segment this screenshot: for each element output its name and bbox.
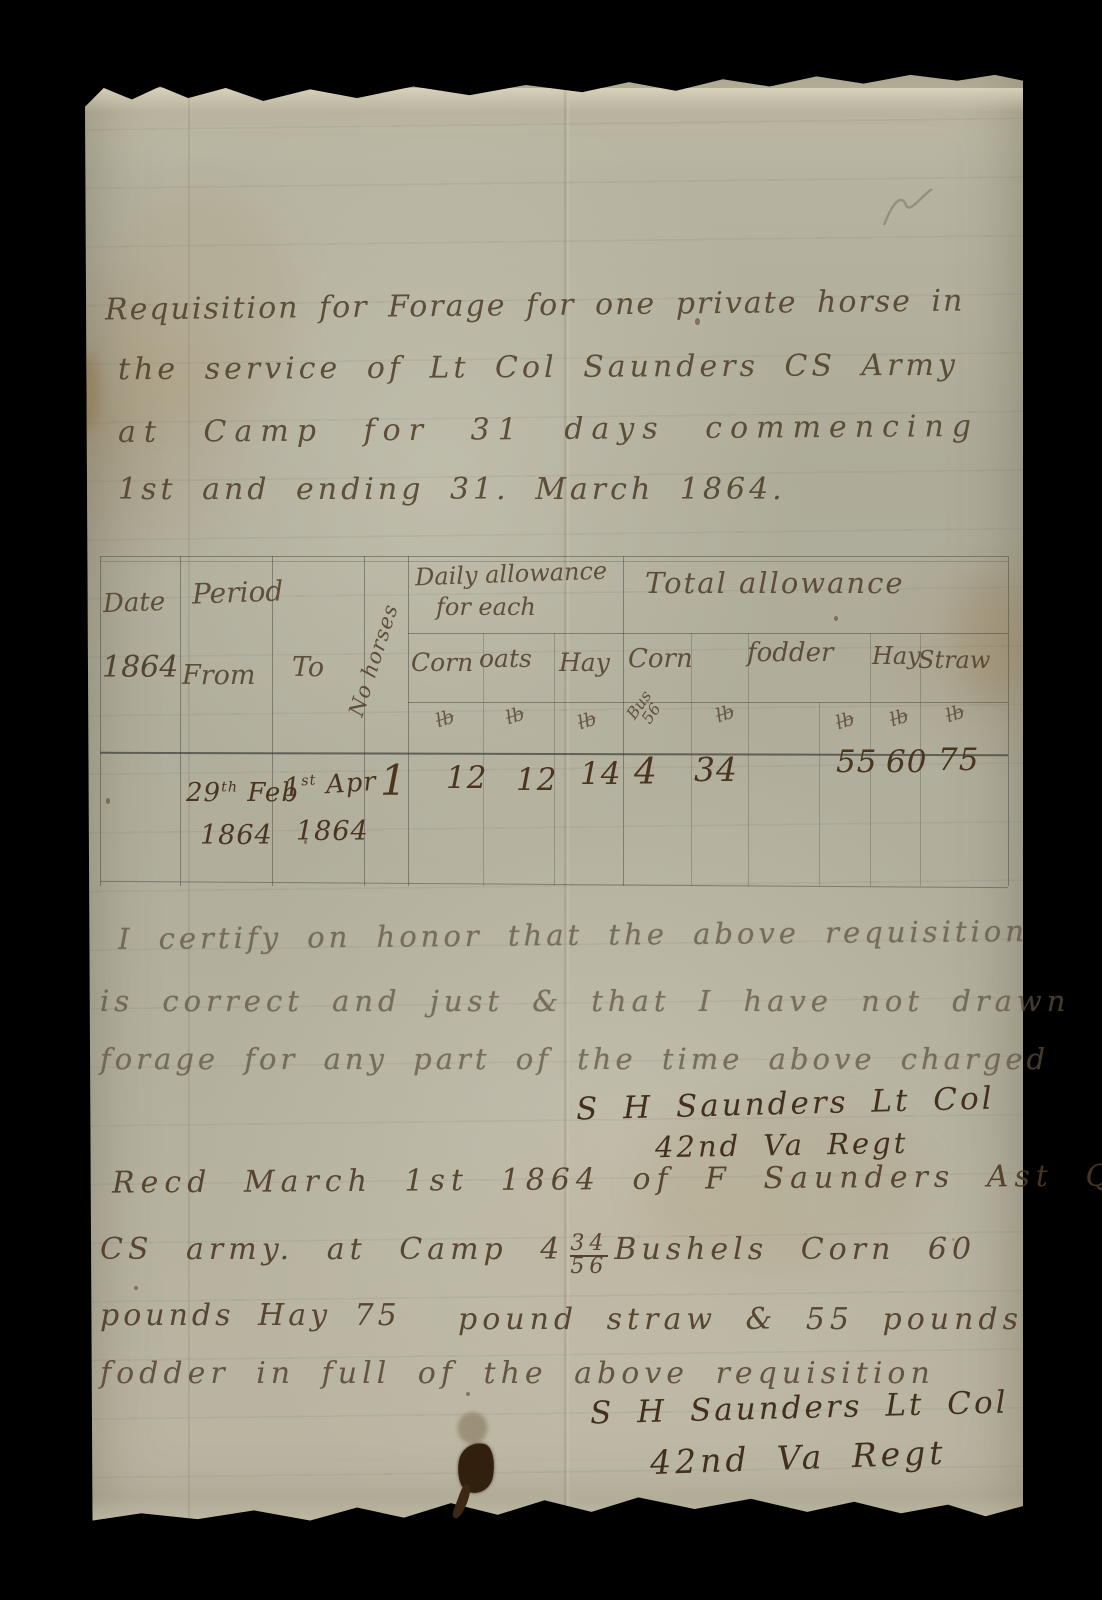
receipt-line-2-pre: CS army. at Camp 4 — [100, 1232, 564, 1267]
table-daily-hay-label: Hay — [559, 648, 610, 677]
table-total-corn-label: Corn — [628, 644, 693, 674]
table-daily-oats-label: oats — [479, 644, 532, 673]
cell-daily-oats: 12 — [516, 762, 557, 798]
table-grid-line — [408, 702, 1008, 703]
certification-line-2: is correct and just & that I have not dr… — [100, 984, 1070, 1018]
cell-total-fodder: 55 — [836, 744, 877, 780]
to-day: 1 — [283, 772, 303, 803]
table-header-total-allowance: Total allowance — [645, 566, 904, 600]
table-grid-line — [554, 633, 555, 886]
speck — [466, 1392, 470, 1396]
table-grid-line — [1008, 556, 1009, 886]
receipt-line-1: Recd March 1st 1864 of F Saunders Ast QM — [112, 1158, 1102, 1200]
table-grid-line — [408, 633, 1008, 634]
cell-total-hay: 60 — [886, 744, 927, 780]
heading-line-4: 1st and ending 31. March 1864. — [118, 472, 786, 507]
fraction-denominator: 56 — [570, 1255, 608, 1278]
table-grid-line — [408, 556, 409, 886]
table-header-date: Date — [102, 587, 165, 619]
speck — [834, 616, 838, 621]
speck — [134, 1286, 138, 1290]
heading-line-2: the service of Lt Col Saunders CS Army — [118, 348, 959, 387]
cell-period-from-year: 1864 — [200, 820, 273, 851]
fraction-numerator: 34 — [570, 1231, 608, 1256]
cell-daily-hay: 14 — [580, 756, 621, 792]
pencil-scribble — [880, 185, 936, 231]
receipt-line-3-right: pound straw & 55 pounds — [458, 1302, 1023, 1337]
table-total-straw-label: Straw — [918, 646, 990, 674]
table-grid-line — [819, 702, 820, 886]
table-grid-line — [100, 556, 1008, 557]
cell-daily-corn: 12 — [446, 760, 487, 796]
photo-stage: Requisition for Forage for one private h… — [0, 0, 1102, 1600]
table-from-label: From — [182, 660, 256, 691]
cell-period-to-year: 1864 — [296, 816, 369, 847]
cell-total-straw: 75 — [938, 742, 979, 778]
to-month: Apr — [325, 767, 378, 800]
stain — [77, 352, 99, 432]
receipt-line-2: CS army. at Camp 43456Bushels Corn 60 — [100, 1232, 976, 1278]
cell-total-corn-pounds: 34 — [694, 750, 738, 789]
from-day: 29 — [186, 778, 221, 808]
table-header-daily-allowance-2: for each — [436, 593, 536, 621]
cell-no-horses: 1 — [380, 756, 408, 805]
corn-fraction: 3456 — [570, 1234, 608, 1278]
torn-top-edge — [85, 88, 1023, 112]
heading-line-3: at Camp for 31 days commencing — [118, 409, 979, 450]
cell-period-from: 29th Feb — [186, 778, 299, 808]
table-grid-line — [180, 556, 181, 886]
table-grid-line — [748, 633, 749, 886]
torn-bottom-edge — [85, 1496, 1023, 1522]
certification-line-3: forage for any part of the time above ch… — [100, 1042, 1049, 1076]
stain — [955, 572, 1025, 702]
table-total-fodder-label: fodder — [747, 638, 833, 668]
table-daily-corn-label: Corn — [411, 648, 473, 677]
cell-total-corn-bushels: 4 — [634, 752, 658, 793]
receipt-line-2-post: Bushels Corn 60 — [614, 1232, 976, 1267]
receipt-line-4: fodder in full of the above requisition — [100, 1356, 935, 1391]
table-header-period: Period — [191, 574, 283, 610]
receipt-line-3-left: pounds Hay 75 — [100, 1298, 401, 1333]
from-sup: th — [221, 779, 238, 795]
table-total-hay-label: Hay — [872, 642, 921, 670]
speck — [106, 798, 110, 804]
table-to-label: To — [292, 652, 324, 683]
to-sup: st — [301, 772, 317, 789]
table-year: 1864 — [102, 650, 178, 685]
table-grid-line — [100, 556, 101, 886]
table-grid-line — [623, 556, 624, 886]
signature-top-regiment: 42nd Va Regt — [655, 1126, 909, 1164]
